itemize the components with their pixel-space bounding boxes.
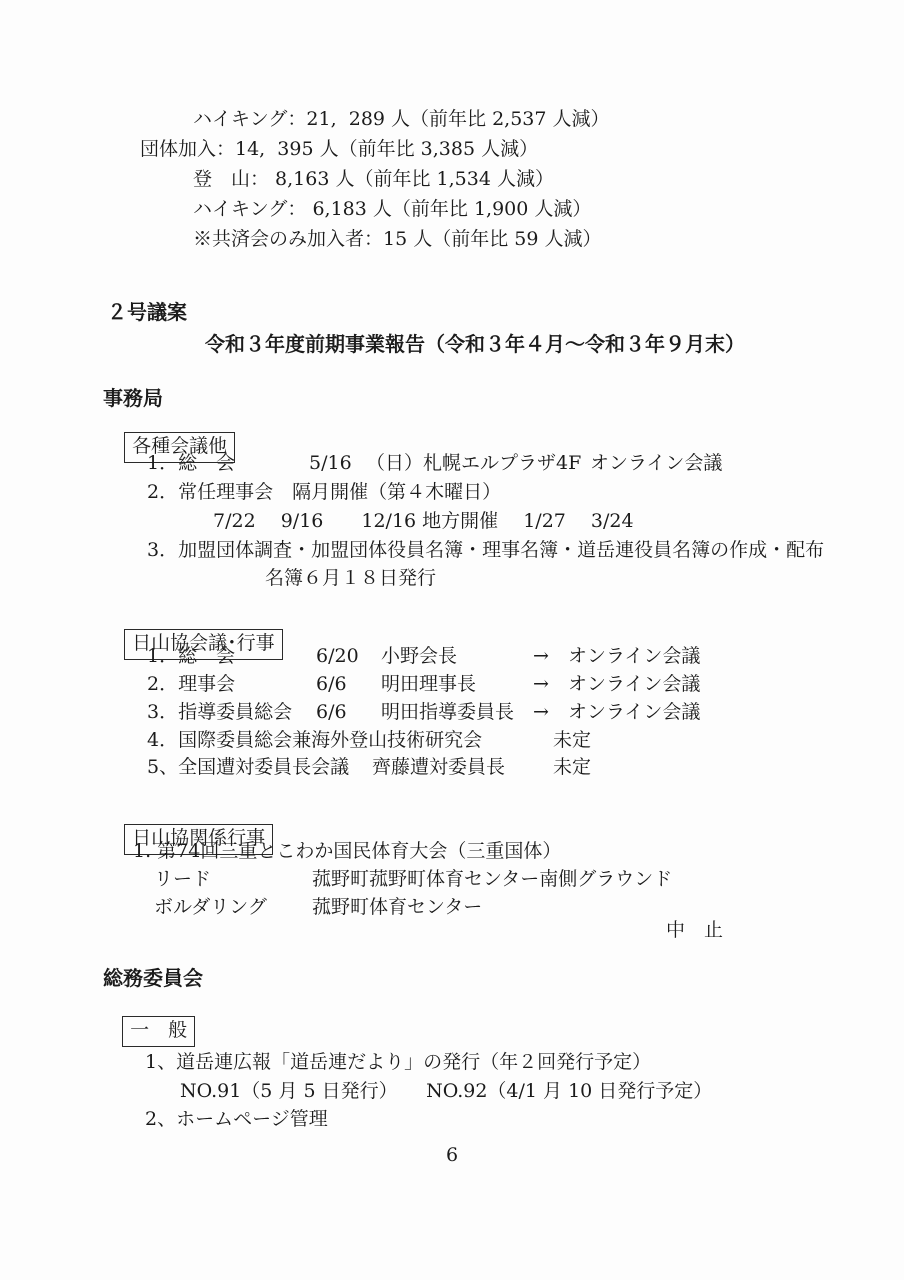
meeting-venue: （日）札幌エルプラザ4F <box>366 452 581 475</box>
report-title: 令和３年度前期事業報告（令和３年４月～令和３年９月末） <box>205 332 745 356</box>
meeting-result: オンライン会議 <box>590 452 722 475</box>
meeting-name: 1．総 会 <box>147 452 235 475</box>
bulletin-issues-line: NO.91（5 月 5 日発行） NO.92（4/1 月 10 日発行予定） <box>180 1080 712 1103</box>
meeting-result: オンライン会議 <box>568 701 700 724</box>
membership-stat-tozan: 登 山： 8,163 人（前年比 1,534 人減） <box>193 168 554 191</box>
event-name: ボルダリング <box>154 896 267 919</box>
membership-stat-kyosaikai: ※共済会のみ加入者：15 人（前年比 59 人減） <box>193 228 601 251</box>
jma-meeting-row-4: 4．国際委員総会兼海外登山技術研究会 未定 <box>0 729 904 755</box>
secretariat-general-meeting-row: 1．総 会 5/16 （日）札幌エルプラザ4F オンライン会議 <box>0 452 904 478</box>
jma-meeting-row-2: 2．理事会 6/6 明田理事長 → オンライン会議 <box>0 673 904 699</box>
meeting-result: オンライン会議 <box>568 645 700 668</box>
meeting-name: 4．国際委員総会兼海外登山技術研究会 <box>147 729 482 752</box>
meeting-name: 3．指導委員総会 <box>147 701 292 724</box>
meeting-result: 未定 <box>553 729 591 752</box>
roster-issue-line: 名簿６月１８日発行 <box>265 567 436 590</box>
page-number: 6 <box>0 1144 904 1167</box>
meeting-result: 未定 <box>553 756 591 779</box>
meeting-result: オンライン会議 <box>568 673 700 696</box>
document-page: ハイキング：21, 289 人（前年比 2,537 人減） 団体加入：14, 3… <box>0 0 904 1280</box>
jma-meeting-row-3: 3．指導委員総会 6/6 明田指導委員長 → オンライン会議 <box>0 701 904 727</box>
jma-meeting-row-5: 5、全国遭対委員長会議 齊藤遭対委員長 未定 <box>0 756 904 782</box>
meeting-person: 明田指導委員長 <box>381 701 514 724</box>
meeting-person: 明田理事長 <box>381 673 476 696</box>
meeting-person: 小野会長 <box>381 645 457 668</box>
agenda-number-heading: ２号議案 <box>107 300 187 324</box>
secretariat-heading: 事務局 <box>103 386 163 410</box>
arrow-icon: → <box>533 673 549 696</box>
bouldering-venue-row: ボルダリング 菰野町体育センター <box>0 896 904 922</box>
meeting-date: 6/20 <box>316 645 359 668</box>
meeting-date: 6/6 <box>316 673 347 696</box>
standing-directors-dates: 7/22 9/16 12/16 地方開催 1/27 3/24 <box>213 510 634 533</box>
membership-stat-group-join: 団体加入：14, 395 人（前年比 3,385 人減） <box>140 138 538 161</box>
homepage-line: 2、ホームページ管理 <box>145 1108 328 1131</box>
cancelled-status: 中 止 <box>666 919 723 942</box>
event-place: 菰野町菰野町体育センター南側グラウンド <box>312 868 672 891</box>
membership-stat-hiking-total: ハイキング：21, 289 人（前年比 2,537 人減） <box>193 108 610 131</box>
meeting-person: 齊藤遭対委員長 <box>372 756 505 779</box>
membership-stat-hiking: ハイキング： 6,183 人（前年比 1,900 人減） <box>193 198 591 221</box>
general-box-label: 一 般 <box>122 1016 195 1047</box>
meeting-name: 5、全国遭対委員長会議 <box>147 756 349 779</box>
bulletin-line: 1、道岳連広報「道岳連だより」の発行（年２回発行予定） <box>145 1051 651 1074</box>
arrow-icon: → <box>533 701 549 724</box>
meeting-date: 5/16 <box>309 452 352 475</box>
event-place: 菰野町体育センター <box>312 896 482 919</box>
member-survey-line: 3．加盟団体調査・加盟団体役員名簿・理事名簿・道岳連役員名簿の作成・配布 <box>147 539 824 562</box>
lead-venue-row: リード 菰野町菰野町体育センター南側グラウンド <box>0 868 904 894</box>
general-affairs-heading: 総務委員会 <box>103 966 203 990</box>
jma-meeting-row-1: 1．総 会 6/20 小野会長 → オンライン会議 <box>0 645 904 671</box>
standing-directors-line: 2．常任理事会 隔月開催（第４木曜日） <box>147 481 501 504</box>
meeting-name: 1．総 会 <box>147 645 235 668</box>
meeting-date: 6/6 <box>316 701 347 724</box>
event-name: リード <box>154 868 211 891</box>
meeting-name: 2．理事会 <box>147 673 235 696</box>
arrow-icon: → <box>533 645 549 668</box>
mie-kokutai-line: 1. 第74回三重とこわか国民体育大会（三重国体） <box>133 840 561 863</box>
